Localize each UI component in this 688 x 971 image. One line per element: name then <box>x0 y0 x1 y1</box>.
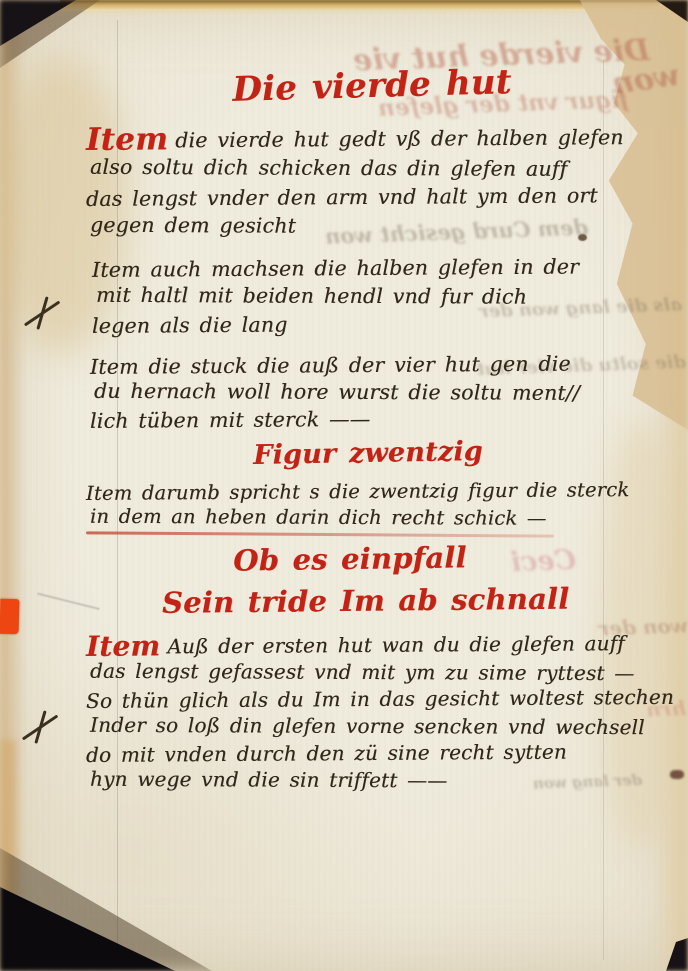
text-line: das lengst gefassest vnd mit ym zu sime … <box>90 658 650 687</box>
page-top-gilt-edge <box>60 0 660 14</box>
margin-cross-icon <box>22 706 62 750</box>
section-heading-line1: Ob es einpfall <box>222 540 478 578</box>
ink-speck <box>670 770 684 779</box>
bottom-left-stain <box>0 740 16 900</box>
text-line: ItemAuß der ersten hut wan du die glefen… <box>86 627 646 661</box>
text-line: Item die stuck die auß der vier hut gen … <box>90 350 642 381</box>
text-line: in dem an heben darin dich recht schick … <box>90 504 646 532</box>
text-line: So thün glich als du Im in das gesicht w… <box>86 684 646 715</box>
text-line: Item auch machsen die halben glefen in d… <box>92 252 642 284</box>
paragraph-5: ItemAuß der ersten hut wan du die glefen… <box>86 629 646 794</box>
pencil-scribble <box>32 593 99 630</box>
text-line: hyn wege vnd die sin triffett —— <box>90 766 650 795</box>
text-line: legen als die lang <box>92 308 642 340</box>
margin-cross-icon <box>24 292 64 336</box>
text-line: gegen dem gesicht <box>90 211 646 242</box>
text-line: mit haltl mit beiden hendl vnd fur dich <box>96 281 646 311</box>
red-underline <box>86 531 554 537</box>
paragraph-4: Item darumb spricht s die zwentzig figur… <box>86 479 642 531</box>
text-line: Inder so loß din glefen vorne sencken vn… <box>90 712 650 741</box>
text-line: du hernach woll hore wurst die soltu men… <box>94 378 646 407</box>
figure-heading: Figur zwentzig <box>248 436 489 471</box>
rubric-initial: Item <box>86 632 160 660</box>
text-line: Item darumb spricht s die zwentzig figur… <box>86 477 642 507</box>
rubric-initial: Item <box>86 125 168 155</box>
orange-edge-mark <box>0 599 19 634</box>
text-line: das lengst vnder den arm vnd halt ym den… <box>86 181 642 214</box>
text-line: do mit vnden durch den zü sine recht syt… <box>86 738 646 769</box>
paragraph-2: Item auch machsen die halben glefen in d… <box>92 254 642 338</box>
text-line: also soltu dich schicken das din glefen … <box>90 153 646 184</box>
text-line: lich tüben mit sterck —— <box>90 404 642 435</box>
manuscript-photo: Die vierde hut vie figur vnt der glefen … <box>0 0 688 971</box>
paragraph-3: Item die stuck die auß der vier hut gen … <box>90 352 642 433</box>
text-line: Itemdie vierde hut gedt vß der halben gl… <box>86 120 642 156</box>
section-heading-line2: Sein tride Im ab schnall <box>162 582 526 620</box>
parchment-page: Die vierde hut vie figur vnt der glefen … <box>0 0 688 971</box>
text-line-body: die vierde hut gedt vß der halben glefen <box>175 125 624 152</box>
paragraph-1: Itemdie vierde hut gedt vß der halben gl… <box>86 122 642 241</box>
text-line-body: Auß der ersten hut wan du die glefen auf… <box>167 631 625 658</box>
